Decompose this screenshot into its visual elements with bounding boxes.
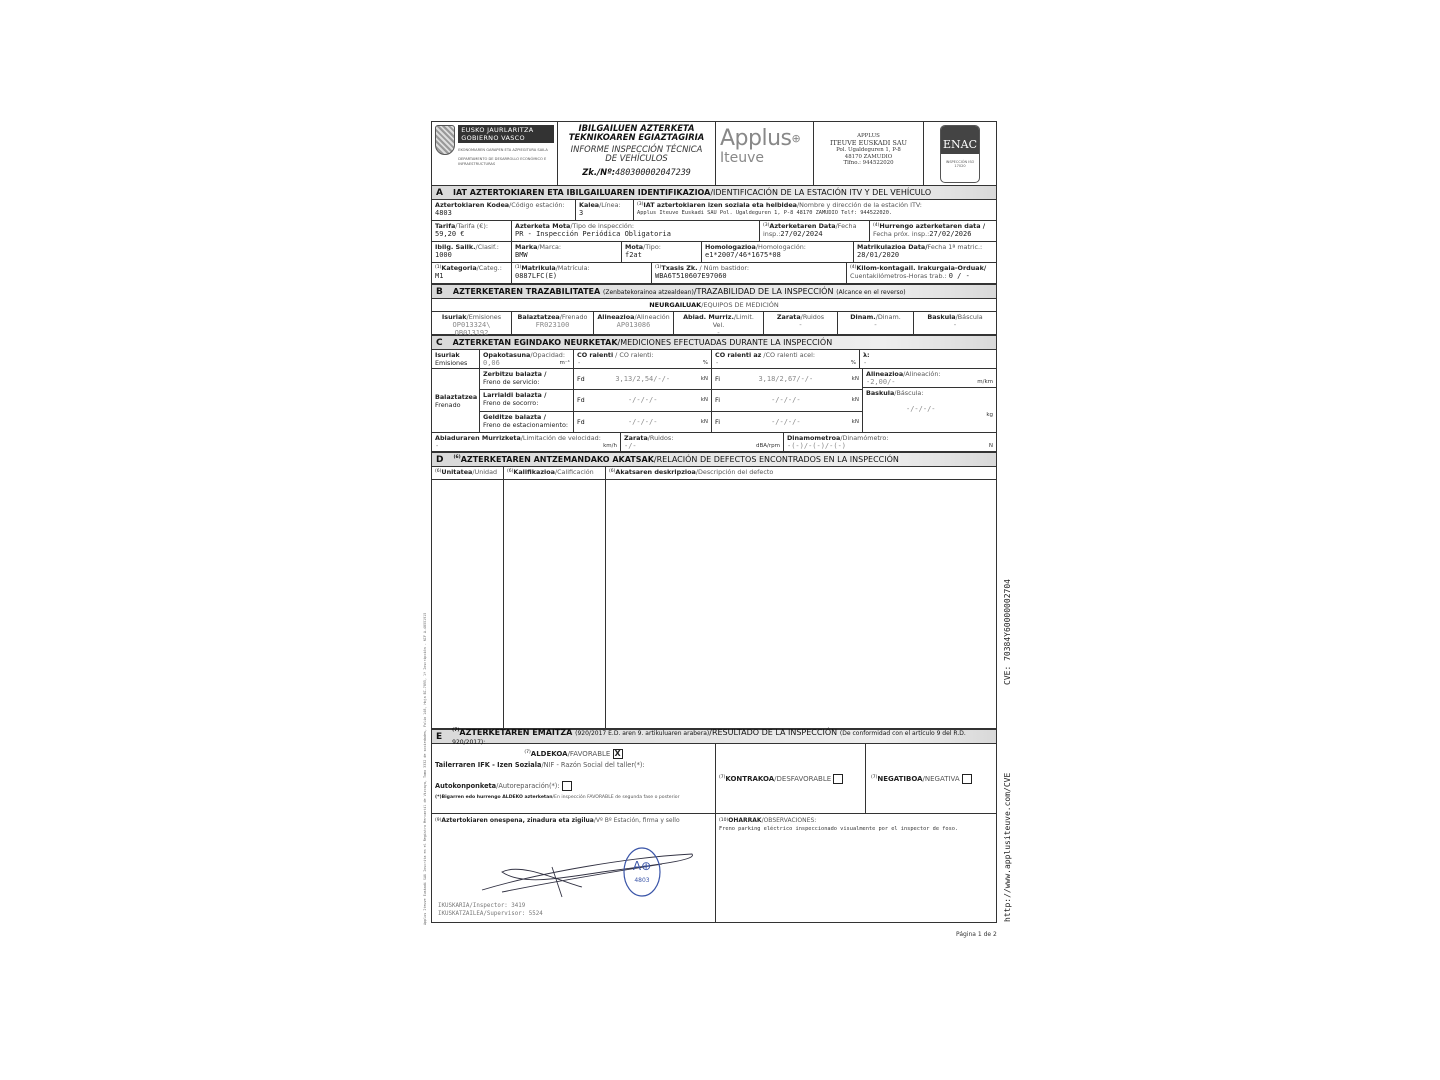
defects-unit-column (432, 480, 504, 728)
section-c-header: C AZTERKETAN EGINDAKO NEURKETAK/MEDICION… (432, 335, 996, 350)
company-addr2: 48170 ZAMUDIO (814, 154, 923, 161)
classification-value: 1000 (435, 251, 508, 259)
company-addr1: Pol. Ugaldeguren 1, P-8 (814, 147, 923, 154)
signature-block: (9)Aztertokiaren onespena, zinadura eta … (432, 814, 716, 922)
gov-name-eu: EUSKO JAURLARITZA (461, 126, 551, 134)
station-name-field: (3)IAT aztertokiaren izen soziala eta he… (634, 200, 996, 220)
dynamometer-field: Dinamometroa/Dinamómetro: -(-)/-(-)/-(-)… (784, 433, 996, 451)
vin-value: WBA6T510607E97060 (655, 272, 843, 280)
equipment-item: Balaztatzea/FrenadoFR023100 (512, 312, 594, 334)
page-number: Página 1 de 2 (956, 931, 997, 938)
homologation-value: e1*2007/46*1675*08 (705, 251, 850, 259)
brake-type-label: Larrialdi balazta /Freno de socorro: (480, 390, 574, 410)
equipment-item: Abiad. Murriz./Limit. Vel.- (674, 312, 764, 334)
equipment-id: - (767, 321, 834, 329)
report-header: EUSKO JAURLARITZA GOBIERNO VASCO EKONOMI… (432, 122, 996, 186)
section-e-header: E (7)AZTERKETAREN EMAITZA (920/2017 E.D.… (432, 729, 996, 744)
lambda-field: λ: - (860, 350, 996, 368)
classification-field: Ibilg. Sailk./Clasif.: 1000 (432, 242, 512, 262)
company-legal-name: ITEUVE EUSKADI SAU (830, 139, 907, 147)
equipment-id: - (841, 321, 910, 329)
supervisor-id: IKUSKATZAILEA/Supervisor: 5524 (438, 910, 543, 918)
favorable-option: (7)ALDEKOA/FAVORABLE X (435, 749, 712, 759)
gov-dept-es: DEPARTAMENTO DE DESARROLLO ECONÓMICO E I… (458, 157, 554, 166)
unfavorable-checkbox[interactable] (833, 774, 843, 784)
section-a-title-eu: IAT AZTERTOKIAREN ETA IBILGAILUAREN IDEN… (453, 188, 710, 197)
emissions-row: Isuriak Emisiones Opakotasuna/Opacidad: … (432, 350, 996, 369)
defects-col-rating: (6)Kalifikazioa/Calificación (504, 467, 606, 479)
category-value: M1 (435, 272, 508, 280)
scale-value: -/-/-/- (906, 405, 936, 413)
svg-text:4803: 4803 (634, 877, 649, 884)
homologation-field: Homologazioa/Homologación: e1*2007/46*16… (702, 242, 854, 262)
brake-fi-value: 3,18/2,67/-/- (758, 375, 813, 383)
next-inspection-value: 27/02/2026 (929, 230, 971, 238)
title-es-line2: DE VEHÍCULOS (558, 154, 715, 163)
section-letter: C (436, 338, 443, 348)
section-letter: E (436, 732, 442, 742)
registry-notice: Applus Iteuve Euskadi SAU Inscrita en el… (423, 613, 427, 925)
brake-fd-value: 3,13/2,54/-/- (615, 375, 670, 383)
result-footnote: (*)Bigarren edo hurrengo ALDEKO azterket… (435, 794, 712, 802)
svg-text:A⊕: A⊕ (633, 859, 651, 873)
alignment-value: -2,00/- (866, 378, 896, 386)
station-name-value: Applus Iteuve Euskadi SAU Pol. Ugaldegur… (637, 209, 993, 217)
section-d-header: D (6)AZTERKETAREN ANTZEMANDAKO AKATSAK/R… (432, 452, 996, 467)
inspection-type-value: PR - Inspección Periódica Obligatoria (515, 230, 756, 238)
signature-scribble-icon: A⊕ 4803 (462, 842, 702, 902)
report-number-label: Zk./Nº: (582, 167, 615, 177)
workshop-field: Tailerraren IFK - Izen Soziala/NIF - Raz… (435, 761, 712, 769)
company-phone: Tlfno.: 944522020 (814, 160, 923, 167)
scale-field: Baskula/Báscula: -/-/-/-kg (863, 388, 996, 432)
section-a-header: A IAT AZTERTOKIAREN ETA IBILGAILUAREN ID… (432, 186, 996, 200)
defects-col-description: (6)Akatsaren deskripzioa/Descripción del… (606, 467, 996, 479)
favorable-checkbox[interactable]: X (613, 749, 623, 759)
inspection-report: EUSKO JAURLARITZA GOBIERNO VASCO EKONOMI… (431, 121, 997, 923)
negative-block: (7)NEGATIBOA/NEGATIVA (866, 744, 996, 813)
gobierno-vasco-logo: EUSKO JAURLARITZA GOBIERNO VASCO EKONOMI… (432, 122, 558, 185)
enac-label: ENAC (941, 126, 979, 154)
plus-circle-icon: ⊕ (792, 132, 801, 145)
braking-block: Balaztatzea Frenado Zerbitzu balazta /Fr… (432, 369, 996, 433)
registration-date-field: Matrikulazioa Data/Fecha 1ª matric.: 28/… (854, 242, 996, 262)
brake-fi-field: Fi-/-/-/-kN (712, 412, 862, 432)
opacity-field: Opakotasuna/Opacidad: 0,06m⁻¹ (480, 350, 574, 368)
equipment-item: Dinam./Dinam.- (838, 312, 914, 334)
equipment-id: OP013324\ OB013192 (435, 321, 508, 337)
co-accel-value: - (715, 359, 719, 367)
equipment-title: NEURGAILUAK/EQUIPOS DE MEDICIÓN (432, 299, 996, 312)
inspector-info: IKUSKARIA/Inspector: 3419 IKUSKATZAILEA/… (438, 902, 543, 918)
section-letter: D (436, 455, 443, 465)
fee-value: 59,20 € (435, 230, 508, 238)
equipment-id: AP013086 (597, 321, 670, 329)
brake-row: Gelditze balazta /Freno de estacionamien… (480, 412, 862, 432)
brake-fi-value: -/-/-/- (771, 418, 801, 426)
selfrepair-field: Autokonponketa/Autoreparación(*): (435, 781, 712, 791)
equipment-id: - (917, 321, 993, 329)
speed-limit-field: Abiaduraren Murrizketa/Limitación de vel… (432, 433, 621, 451)
brake-type-label: Zerbitzu balazta /Freno de servicio: (480, 369, 574, 389)
section-letter: A (436, 188, 443, 198)
brake-fi-value: -/-/-/- (771, 396, 801, 404)
noise-value: -/- (624, 442, 637, 450)
brand-name: Applus (720, 126, 792, 151)
unfavorable-block: (7)KONTRAKOA/DESFAVORABLE (716, 744, 866, 813)
inspection-date-value: 27/02/2024 (780, 230, 822, 238)
brake-fi-field: Fi-/-/-/-kN (712, 390, 862, 410)
report-number-value: 480300002047239 (615, 167, 691, 177)
speed-limit-value: - (435, 442, 439, 450)
enac-certification-logo: ENAC INSPECCIÓN ISO 17020 (940, 125, 980, 183)
gov-name-es: GOBIERNO VASCO (461, 134, 551, 142)
type-field: Mota/Tipo: f2at (622, 242, 702, 262)
odometer-field: (4)Kilom-kontagail. Irakurgaia-Orduak/ C… (847, 263, 996, 283)
signature-row: (9)Aztertokiaren onespena, zinadura eta … (432, 814, 996, 922)
defects-table-header: (6)Unitatea/Unidad (6)Kalifikazioa/Calif… (432, 467, 996, 480)
observations-block: (10)OHARRAK/OBSERVACIONES: Freno parking… (716, 814, 996, 922)
inspection-date-field: (3)Azterketaren Data/Fecha insp.:27/02/2… (760, 221, 870, 241)
brake-type-label: Gelditze balazta /Freno de estacionamien… (480, 412, 574, 432)
plate-field: (1)Matrikula/Matrícula: 0887LFC(E) (512, 263, 652, 283)
report-frame: EUSKO JAURLARITZA GOBIERNO VASCO EKONOMI… (431, 121, 997, 923)
brake-fd-field: Fd-/-/-/-kN (574, 390, 712, 410)
braking-label: Balaztatzea Frenado (432, 369, 480, 432)
equipment-item: Zarata/Ruidos- (764, 312, 838, 334)
section-a-row1: Aztertokiaren Kodea/Código estación: 480… (432, 200, 996, 221)
registration-date-value: 28/01/2020 (857, 251, 993, 259)
section-letter: B (436, 287, 443, 297)
cve-url[interactable]: http://www.applusiteuve.com/CVE (1003, 773, 1012, 922)
dynamometer-value: -(-)/-(-)/-(-) (787, 442, 846, 450)
lambda-value: - (863, 359, 993, 367)
equipment-item: Alineazioa/AlineaciónAP013086 (594, 312, 674, 334)
section-b-header: B AZTERKETAREN TRAZABILITATEA (Zenbateko… (432, 284, 996, 299)
station-code-field: Aztertokiaren Kodea/Código estación: 480… (432, 200, 576, 220)
opacity-value: 0,06 (483, 359, 500, 367)
section-a-row3: Ibilg. Sailk./Clasif.: 1000 Marka/Marca:… (432, 242, 996, 263)
section-a-title-es: /IDENTIFICACIÓN DE LA ESTACIÓN ITV Y DEL… (710, 188, 931, 197)
co-accel-field: CO ralenti az /CO ralenti acel: -% (712, 350, 860, 368)
equipment-item: Baskula/Báscula- (914, 312, 996, 334)
odometer-value: 0 / - (949, 272, 970, 280)
negative-checkbox[interactable] (962, 774, 972, 784)
coat-of-arms-icon (435, 125, 455, 155)
inspection-type-field: Azterketa Mota/Tipo de inspección: PR - … (512, 221, 760, 241)
inspector-id: IKUSKARIA/Inspector: 3419 (438, 902, 543, 910)
defects-table-body (432, 480, 996, 729)
equipment-item: Isuriak/EmisionesOP013324\ OB013192 (432, 312, 512, 334)
company-address: APPLUS ITEUVE EUSKADI SAU Pol. Ugaldegur… (814, 122, 924, 185)
cve-code: CVE: 70384Y60000002704 (1003, 579, 1012, 685)
equipment-id: - (677, 329, 760, 337)
brake-fd-field: Fd-/-/-/-kN (574, 412, 712, 432)
co-idle-field: CO ralenti / CO ralenti: -% (574, 350, 712, 368)
category-field: (1)Kategoria/Categ.: M1 (432, 263, 512, 283)
fee-field: Tarifa/Tarifa (€): 59,20 € (432, 221, 512, 241)
co-idle-value: - (577, 359, 581, 367)
brake-fd-value: -/-/-/- (628, 418, 658, 426)
defects-col-unit: (6)Unitatea/Unidad (432, 467, 504, 479)
report-number: Zk./Nº:480300002047239 (558, 167, 715, 177)
brake-fi-field: Fi3,18/2,67/-/-kN (712, 369, 862, 389)
defects-rating-column (504, 480, 606, 728)
title-eu-line2: TEKNIKOAREN EGIAZTAGIRIA (558, 133, 715, 142)
brake-row: Larrialdi balazta /Freno de socorro:Fd-/… (480, 390, 862, 411)
result-row: (7)ALDEKOA/FAVORABLE X Tailerraren IFK -… (432, 744, 996, 814)
line-field: Kalea/Línea: 3 (576, 200, 634, 220)
noise-field: Zarata/Ruidos: -/-dBA/rpm (621, 433, 784, 451)
gov-name-badge: EUSKO JAURLARITZA GOBIERNO VASCO (458, 125, 554, 143)
station-code-value: 4803 (435, 209, 572, 217)
type-value: f2at (625, 251, 698, 259)
brake-rows: Zerbitzu balazta /Freno de servicio:Fd3,… (480, 369, 863, 432)
equipment-row: Isuriak/EmisionesOP013324\ OB013192Balaz… (432, 312, 996, 335)
brake-fd-field: Fd3,13/2,54/-/-kN (574, 369, 712, 389)
emissions-label: Isuriak Emisiones (432, 350, 480, 368)
alignment-field: Alineazioa/Alineación: -2,00/-m/km (863, 369, 996, 388)
applus-logo: Applus⊕ Iteuve (716, 122, 814, 185)
brake-fd-value: -/-/-/- (628, 396, 658, 404)
defects-description-column (606, 480, 996, 728)
gov-dept-eu: EKONOMIAREN GARAPEN ETA AZPIEGITURA SAIL… (458, 148, 554, 152)
selfrepair-checkbox[interactable] (562, 781, 572, 791)
section-a-row4: (1)Kategoria/Categ.: M1 (1)Matrikula/Mat… (432, 263, 996, 284)
observations-text: Freno parking eléctrico inspeccionado vi… (719, 825, 993, 833)
favorable-block: (7)ALDEKOA/FAVORABLE X Tailerraren IFK -… (432, 744, 716, 813)
enac-text: INSPECCIÓN ISO 17020 (941, 154, 979, 169)
speed-noise-dyno-row: Abiaduraren Murrizketa/Limitación de vel… (432, 433, 996, 452)
next-inspection-field: (4)Hurrengo azterketaren data / Fecha pr… (870, 221, 996, 241)
equipment-id: FR023100 (515, 321, 590, 329)
brand-sub: Iteuve (720, 150, 813, 166)
line-value: 3 (579, 209, 630, 217)
make-field: Marka/Marca: BMW (512, 242, 622, 262)
vin-field: (1)Txasis Zk. / Núm bastidor: WBA6T51060… (652, 263, 847, 283)
make-value: BMW (515, 251, 618, 259)
section-a-row2: Tarifa/Tarifa (€): 59,20 € Azterketa Mot… (432, 221, 996, 242)
brake-row: Zerbitzu balazta /Freno de servicio:Fd3,… (480, 369, 862, 390)
plate-value: 0887LFC(E) (515, 272, 648, 280)
report-title: IBILGAILUEN AZTERKETA TEKNIKOAREN EGIAZT… (558, 122, 716, 185)
